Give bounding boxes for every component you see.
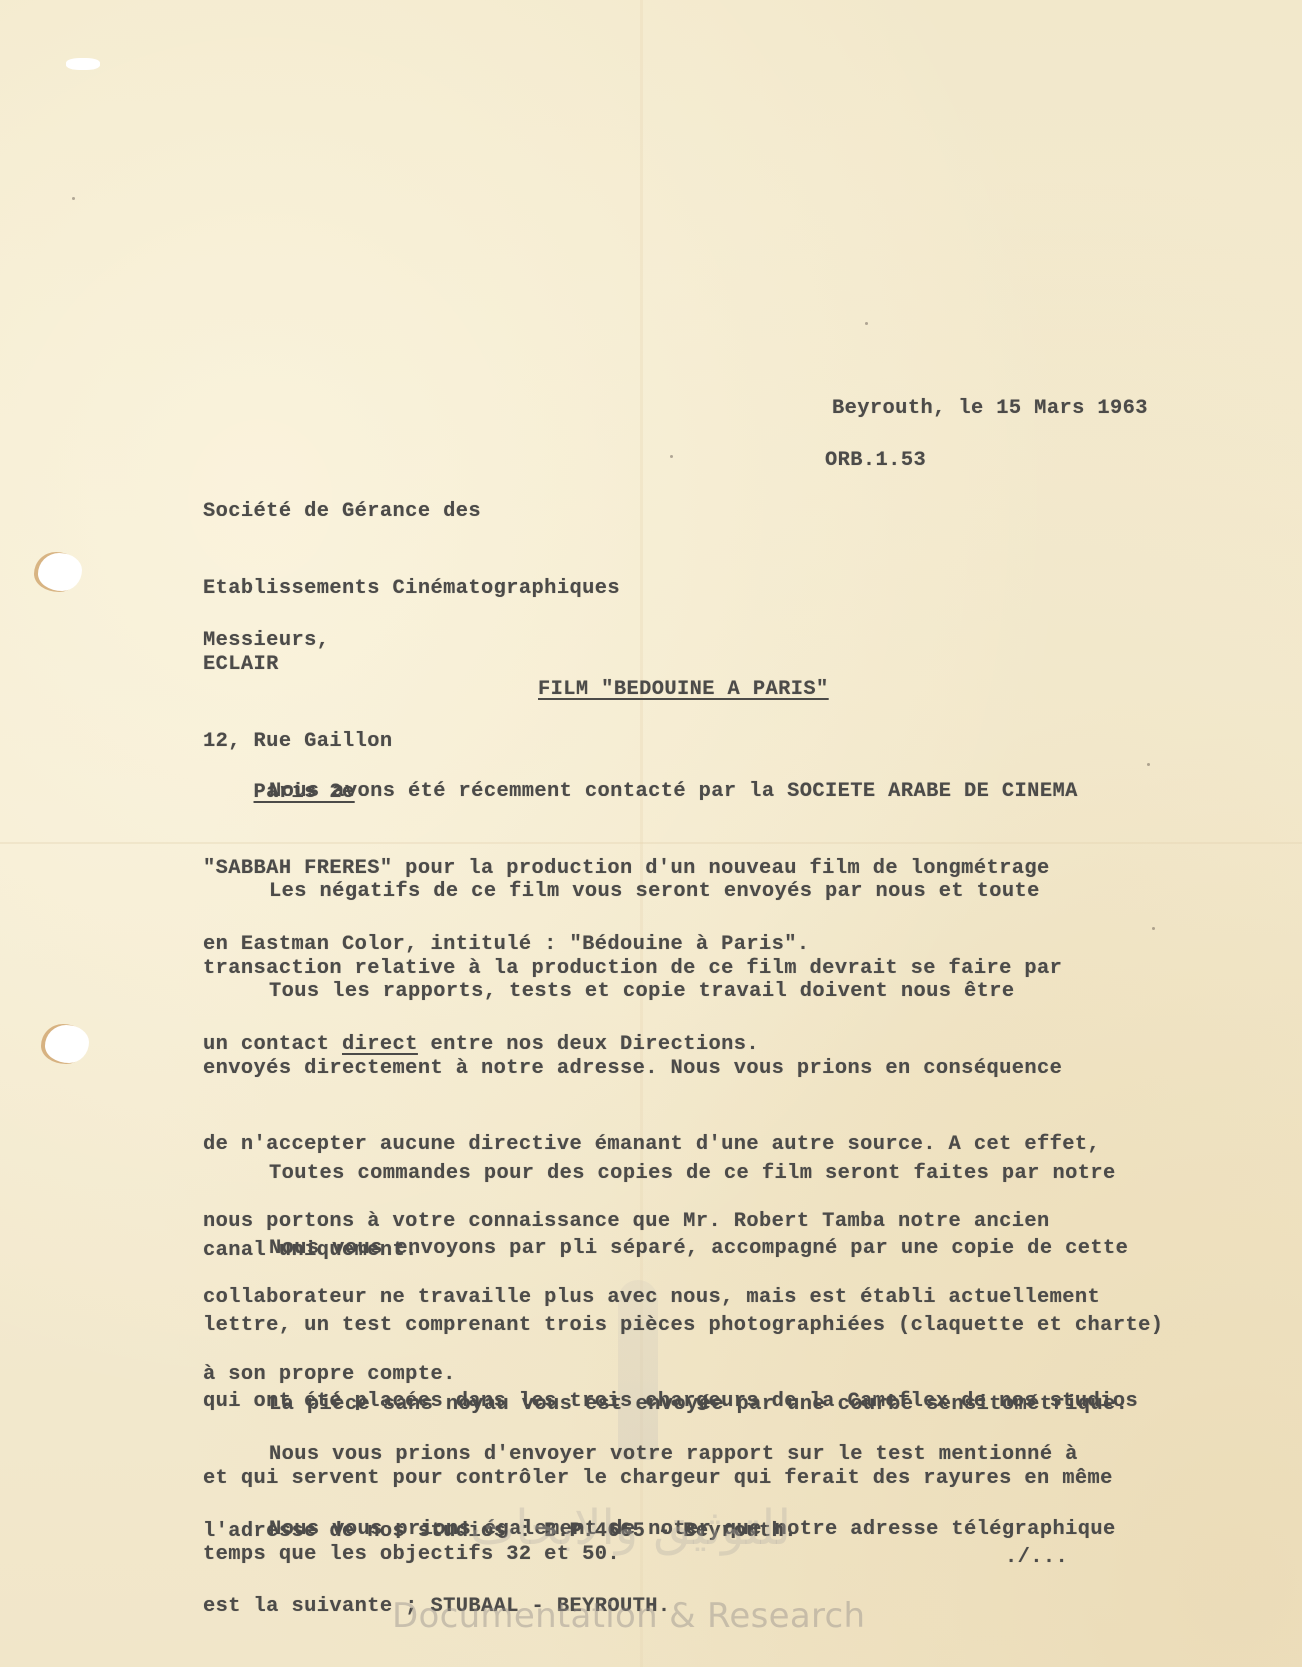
text-line: lettre, un test comprenant trois pièces … (203, 1313, 1163, 1339)
reference-number: ORB.1.53 (825, 448, 926, 474)
paragraph-8: Nous vous prions également de noter que … (203, 1466, 1116, 1667)
watermark-english: Documentation & Research (392, 1596, 865, 1636)
continuation-mark: ./... (1005, 1545, 1068, 1571)
text-line: Toutes commandes pour des copies de ce f… (203, 1161, 1116, 1187)
watermark-arabic: للتوثيق والابحاث (470, 1500, 791, 1556)
salutation: Messieurs, (203, 628, 329, 654)
letter-page: Beyrouth, le 15 Mars 1963 ORB.1.53 Socié… (0, 0, 1302, 1667)
place-date: Beyrouth, le 15 Mars 1963 (832, 396, 1148, 422)
punch-hole-top (38, 553, 82, 591)
punch-hole-bottom (45, 1025, 89, 1063)
recipient-line: Etablissements Cinématographiques (203, 576, 620, 602)
text-line: Les négatifs de ce film vous seront envo… (203, 879, 1062, 905)
paper-damage-mark (66, 58, 100, 70)
recipient-line: ECLAIR (203, 652, 620, 678)
text-line: envoyés directement à notre adresse. Nou… (203, 1056, 1100, 1082)
text-line: Nous avons été récemment contacté par la… (203, 779, 1078, 805)
text-line: Nous vous envoyons par pli séparé, accom… (203, 1236, 1163, 1262)
text-line: Nous vous prions d'envoyer votre rapport… (203, 1442, 1078, 1468)
recipient-line: Société de Gérance des (203, 499, 620, 525)
text-line: Tous les rapports, tests et copie travai… (203, 979, 1100, 1005)
subject-line: FILM "BEDOUINE A PARIS" (538, 677, 829, 703)
